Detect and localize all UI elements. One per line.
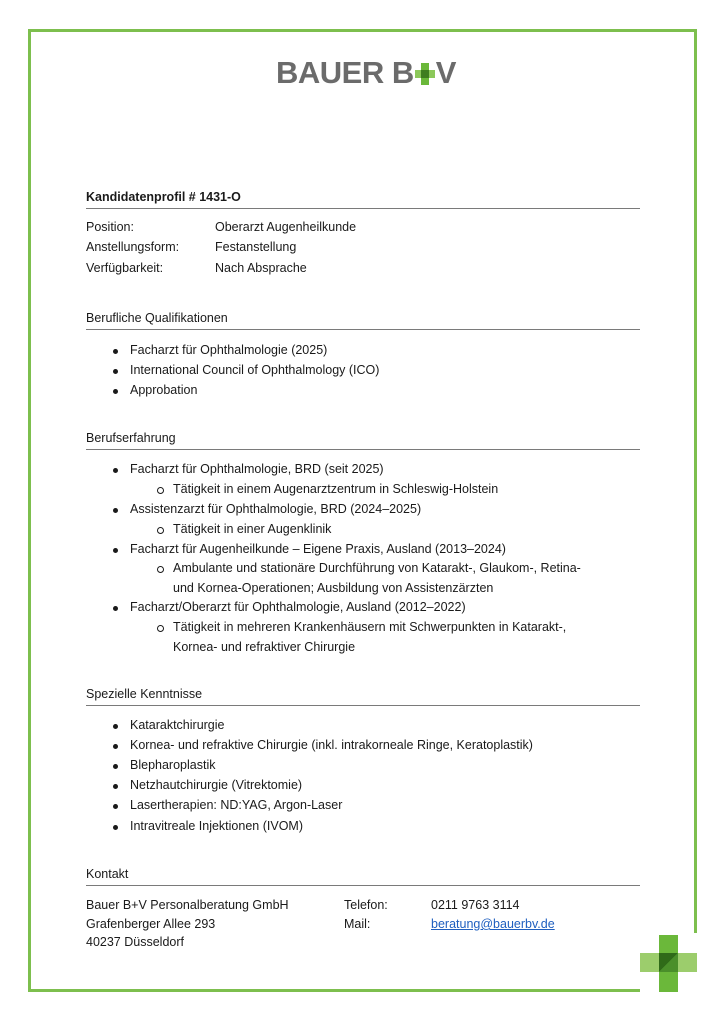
phone-number: 0211 9763 3114 [431, 898, 520, 912]
bullet-icon [113, 606, 118, 611]
list-item: Intravitreale Injektionen (IVOM) [130, 819, 303, 833]
profile-title: Kandidatenprofil # 1431-O [86, 190, 241, 204]
company-logo: BAUER BV [276, 56, 456, 90]
experience-detail: Tätigkeit in einem Augenarztzentrum in S… [173, 482, 498, 496]
frame-border-top [28, 29, 697, 32]
logo-text-left: BAUER B [276, 55, 414, 90]
experience-detail: Tätigkeit in einer Augenklinik [173, 522, 331, 536]
contact-city: 40237 Düsseldorf [86, 935, 184, 949]
experience-item: Facharzt für Ophthalmologie, BRD (seit 2… [130, 462, 384, 476]
list-item: Netzhautchirurgie (Vitrektomie) [130, 778, 302, 792]
section-heading-qualifications: Berufliche Qualifikationen [86, 311, 228, 325]
frame-border-left [28, 29, 31, 992]
list-item: Kataraktchirurgie [130, 718, 225, 732]
field-label: Position: [86, 220, 134, 234]
bullet-icon [113, 804, 118, 809]
bullet-icon [113, 724, 118, 729]
list-item: Kornea- und refraktive Chirurgie (inkl. … [130, 738, 533, 752]
field-label: Verfügbarkeit: [86, 261, 163, 275]
section-heading-experience: Berufserfahrung [86, 431, 176, 445]
mail-label: Mail: [344, 917, 370, 931]
plus-cross-icon [640, 935, 697, 992]
experience-item: Assistenzarzt für Ophthalmologie, BRD (2… [130, 502, 421, 516]
contact-company: Bauer B+V Personalberatung GmbH [86, 898, 289, 912]
field-value: Festanstellung [215, 240, 296, 254]
experience-detail-continued: Kornea- und refraktiver Chirurgie [173, 640, 355, 654]
bullet-icon [113, 784, 118, 789]
divider [86, 208, 640, 209]
phone-label: Telefon: [344, 898, 388, 912]
experience-detail-continued: und Kornea-Operationen; Ausbildung von A… [173, 581, 493, 595]
field-value: Nach Absprache [215, 261, 307, 275]
bullet-icon [113, 764, 118, 769]
divider [86, 329, 640, 330]
divider [86, 705, 640, 706]
bullet-icon [113, 468, 118, 473]
frame-border-right [694, 29, 697, 933]
list-item: Facharzt für Ophthalmologie (2025) [130, 343, 327, 357]
bullet-icon [113, 548, 118, 553]
frame-border-bottom [28, 989, 640, 992]
sub-bullet-icon [157, 527, 164, 534]
field-label: Anstellungsform: [86, 240, 179, 254]
mail-link[interactable]: beratung@bauerbv.de [431, 917, 555, 931]
contact-street: Grafenberger Allee 293 [86, 917, 215, 931]
bullet-icon [113, 389, 118, 394]
bullet-icon [113, 508, 118, 513]
sub-bullet-icon [157, 625, 164, 632]
divider [86, 449, 640, 450]
section-heading-contact: Kontakt [86, 867, 128, 881]
experience-item: Facharzt/Oberarzt für Ophthalmologie, Au… [130, 600, 466, 614]
list-item: International Council of Ophthalmology (… [130, 363, 379, 377]
sub-bullet-icon [157, 487, 164, 494]
list-item: Approbation [130, 383, 197, 397]
list-item: Lasertherapien: ND:YAG, Argon-Laser [130, 798, 342, 812]
experience-item: Facharzt für Augenheilkunde – Eigene Pra… [130, 542, 506, 556]
list-item: Blepharoplastik [130, 758, 215, 772]
bullet-icon [113, 349, 118, 354]
bullet-icon [113, 744, 118, 749]
logo-plus-icon [415, 63, 435, 85]
experience-detail: Ambulante und stationäre Durchführung vo… [173, 561, 581, 575]
divider [86, 885, 640, 886]
bullet-icon [113, 369, 118, 374]
logo-text-right: V [436, 55, 456, 90]
bullet-icon [113, 825, 118, 830]
section-heading-skills: Spezielle Kenntnisse [86, 687, 202, 701]
field-value: Oberarzt Augenheilkunde [215, 220, 356, 234]
experience-detail: Tätigkeit in mehreren Krankenhäusern mit… [173, 620, 566, 634]
sub-bullet-icon [157, 566, 164, 573]
